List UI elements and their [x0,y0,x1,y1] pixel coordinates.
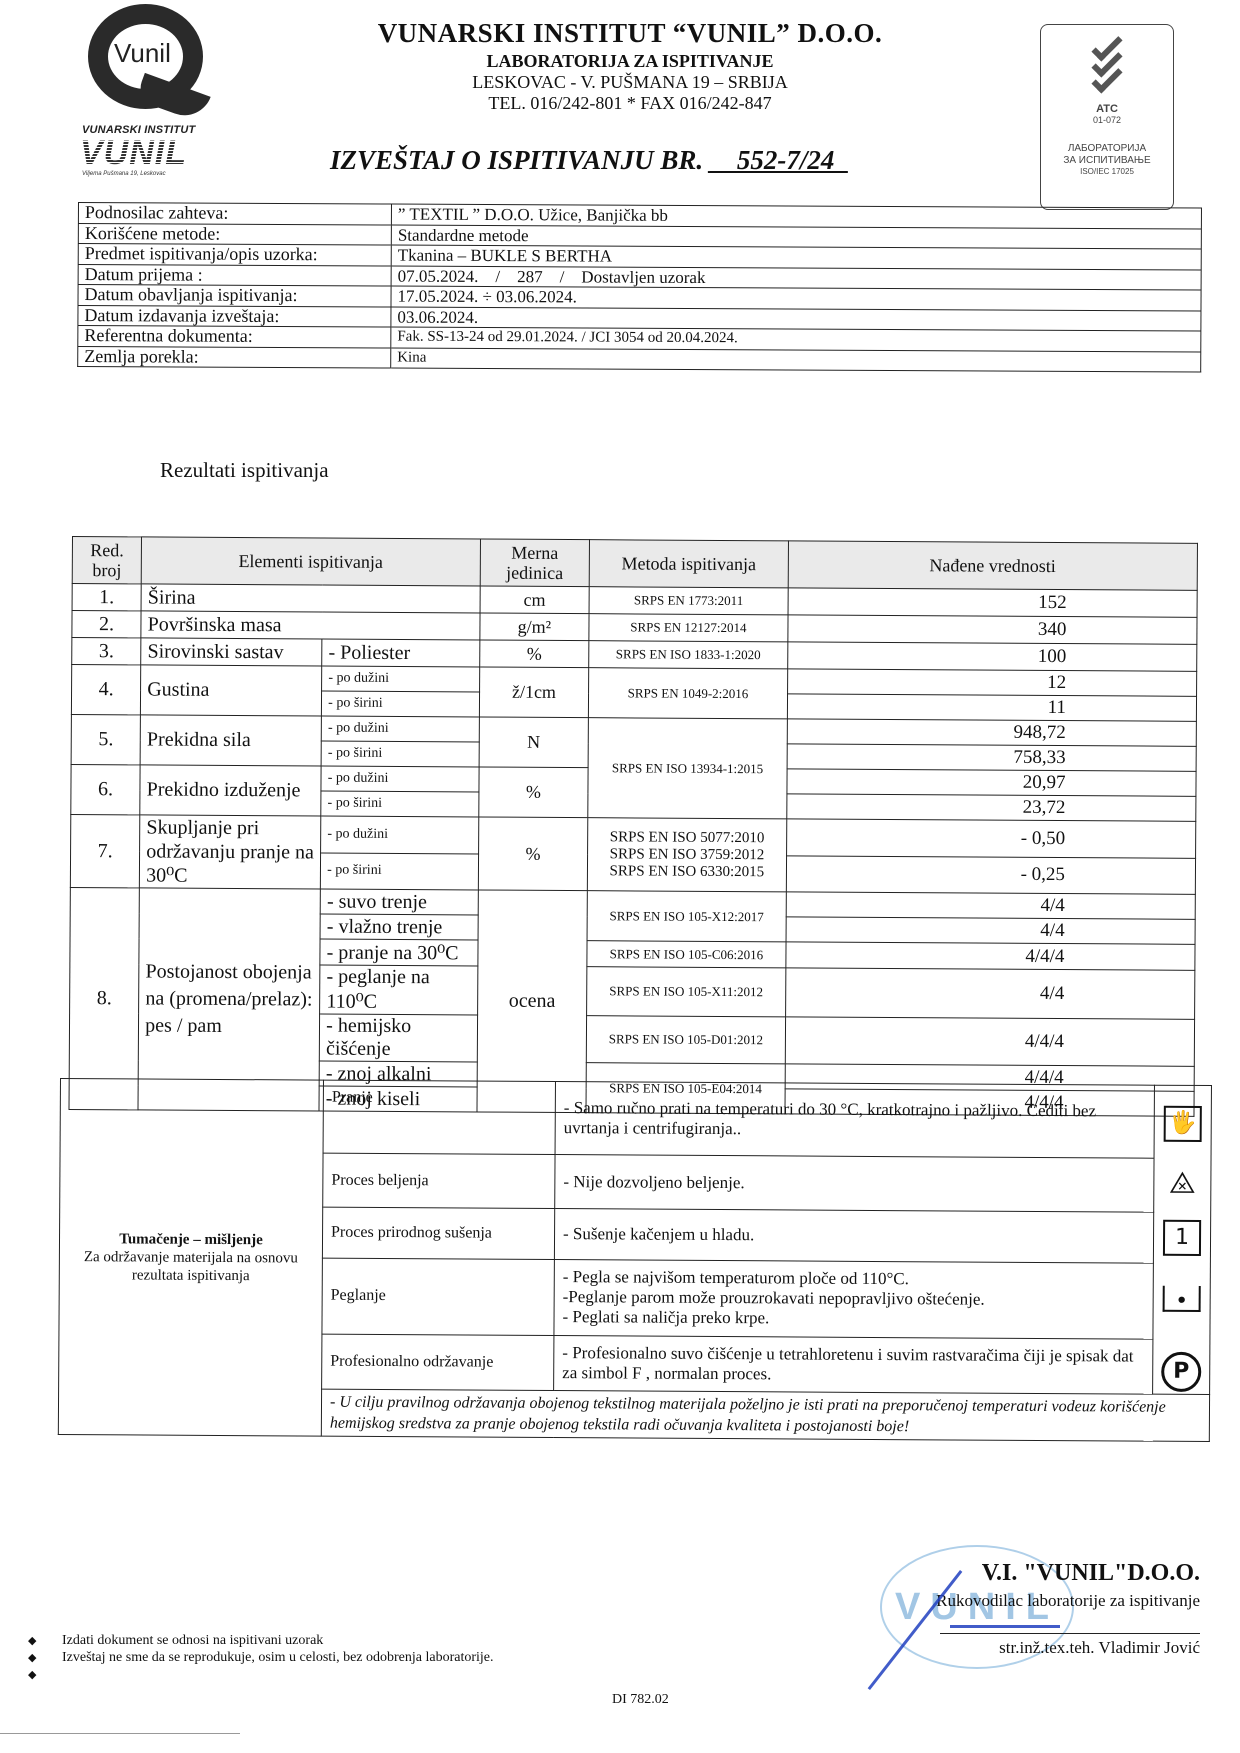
logo-brand: VUNIL [80,136,187,170]
care-text: - Nije dozvoljeno beljenje. [555,1155,1154,1212]
info-value: Kina [391,348,1201,372]
row-unit: N [479,717,589,768]
row-element: Površinska masa [141,611,480,640]
no-bleach-icon: ⨻ [1163,1168,1201,1204]
info-label: Datum izdavanja izveštaja: [78,305,391,327]
row-value: - 0,25 [786,855,1196,894]
sub-label-width: - po širini [321,853,479,890]
care-category: Pranje [323,1080,555,1155]
care-category: Proces beljenja [323,1154,555,1209]
care-instructions-table: Tumačenje – mišljenje Za održavanje mate… [58,1078,1212,1442]
sub-label-length: - po dužini [321,766,478,792]
bottom-rule [0,1733,240,1734]
row-value: 20,97 [786,769,1196,797]
results-table: Red. broj Elementi ispitivanja Merna jed… [68,536,1197,1117]
vunil-logo: Vunil VUNARSKI INSTITUT VUNIL Viljema Pu… [78,4,228,174]
bullet-icon: ◆ [28,1632,62,1649]
sub-label-width: - po širini [321,791,478,817]
row-number: 3. [72,638,141,665]
atc-standard: ISO/IEC 17025 [1041,167,1173,176]
sub-label-length: - po dužini [322,666,479,692]
row-method: SRPS EN ISO 1833-1:2020 [589,641,787,669]
interpretation-title: Tumačenje – mišljenje [68,1230,314,1250]
care-text: - Pegla se najvišom temperaturom ploče o… [554,1260,1153,1339]
institute-address: LESKOVAC - V. PUŠMANA 19 – SRBIJA [330,72,930,93]
signatory-name: str.inž.tex.teh. Vladimir Jović [900,1638,1200,1658]
row-sub-element: - Poliester [322,639,479,667]
results-header-row: Red. broj Elementi ispitivanja Merna jed… [72,537,1197,591]
row-number: 2. [72,611,141,638]
row-number: 7. [70,814,140,887]
fastness-item-label: - hemijsko čišćenje [320,1014,478,1062]
header-unit: Merna jedinica [480,539,590,587]
row-method: SRPS EN ISO 105-C06:2016 [587,941,785,968]
row-number: 8. [69,887,140,1109]
fastness-item-label: - pranje na 30⁰C [320,939,477,966]
institute-header: VUNARSKI INSTITUT “VUNIL” D.O.O. LABORAT… [330,18,930,114]
row-unit: % [478,767,588,818]
row-method: SRPS EN 12127:2014 [589,614,787,642]
care-category: Peglanje [322,1258,554,1335]
institute-phone: TEL. 016/242-801 * FAX 016/242-847 [330,93,930,114]
table-row: 7. Skupljanje pri održavanju pranje na 3… [71,814,1196,857]
row-element: Postojanost obojenja na (promena/prelaz)… [138,888,320,1111]
bullet-icon: ◆ [28,1649,62,1666]
row-element: Skupljanje pri održavanju pranje na 30⁰C [140,815,321,889]
row-method: SRPS EN ISO 105-D01:2012 [587,1016,785,1064]
lab-name: LABORATORIJA ZA ISPITIVANJE [330,51,930,72]
logo-address: Viljema Pušmana 19, Leskovac [82,171,166,177]
care-category: Proces prirodnog sušenja [322,1207,554,1260]
info-label: Referentna dokumenta: [78,326,391,348]
row-element-label: Sirovinski sastav [147,640,283,663]
row-value: 4/4/4 [785,1017,1195,1067]
row-value: 340 [787,615,1197,645]
sub-label-length: - po dužini [321,816,479,853]
hand-wash-icon: 🖐 [1164,1106,1202,1142]
signature-line [940,1633,1200,1634]
request-info-table: Podnosilac zahteva:” TEXTIL ” D.O.O. Uži… [77,202,1202,372]
row-unit: % [478,817,588,891]
row-method: SRPS EN 1773:2011 [589,587,787,615]
care-row: Tumačenje – mišljenje Za održavanje mate… [60,1079,1211,1159]
row-value: 948,72 [787,719,1197,747]
accreditation-badge: ATC 01-072 ЛАБОРАТОРИЈА ЗА ИСПИТИВАЊЕ IS… [1040,24,1174,210]
row-number: 6. [71,764,140,814]
info-label: Podnosilac zahteva: [78,203,391,225]
fastness-item-label: - suvo trenje [320,889,477,915]
info-label: Zemlja porekla: [78,346,391,368]
bullet-icon: ◆ [28,1666,62,1683]
row-element: Širina [141,584,480,613]
row-value: 758,33 [787,744,1197,772]
row-value: 152 [788,588,1198,618]
row-value: 4/4 [786,917,1196,945]
atc-line2: ЗА ИСПИТИВАЊЕ [1041,155,1173,167]
row-method: SRPS EN ISO 13934-1:2015 [588,718,787,819]
interpretation-cell: Tumačenje – mišljenje Za održavanje mate… [58,1079,323,1437]
row-method: SRPS EN ISO 105-X12:2017 [587,891,786,942]
row-element: Prekidna sila [140,715,321,766]
row-unit: cm [480,586,590,614]
row-method: SRPS EN 1049-2:2016 [589,668,788,719]
report-title: IZVEŠTAJ O ISPITIVANJU BR. __552-7/24_ [330,145,848,176]
row-unit: g/m² [479,613,589,641]
care-category: Profesionalno održavanje [322,1334,554,1391]
row-element: Prekidno izduženje [140,765,321,816]
info-row: Zemlja porekla:Kina [78,346,1201,372]
header-value: Nađene vrednosti [788,541,1198,591]
line-dry-shade-icon: 1 [1163,1220,1201,1256]
row-number: 5. [71,714,140,764]
footer-note-text: Izdati dokument se odnosi na ispitivani … [62,1633,323,1648]
care-text: - Samo ručno prati na temperaturi do 30 … [555,1082,1154,1159]
atc-chevron-icon [1090,39,1124,99]
row-value: 11 [787,694,1197,722]
logo-text: Vunil [114,38,171,69]
fastness-item-label: - peglanje na 110⁰C [320,965,478,1015]
header-no: Red. broj [72,537,141,584]
info-label: Datum prijema : [78,264,391,286]
row-unit: ž/1cm [479,667,589,718]
report-title-prefix: IZVEŠTAJ O ISPITIVANJU BR. [330,145,703,175]
results-heading: Rezultati ispitivanja [160,458,329,483]
footer-note: ◆ [28,1666,494,1683]
signature-block: V.I. "VUNIL"D.O.O. Rukovodilac laborator… [900,1560,1200,1658]
row-value: 4/4 [785,968,1195,1020]
row-value: 100 [787,642,1197,672]
care-text: - Sušenje kačenjem u hladu. [554,1208,1153,1263]
info-label: Predmet ispitivanja/opis uzorka: [78,244,391,266]
care-symbols: 🖐 ⨻ 1 • P [1153,1085,1212,1394]
handwritten-signature-stroke [950,1625,1060,1628]
row-unit: ocena [477,890,588,1113]
atc-mark-text: ATC [1041,103,1173,115]
atc-code: 01-072 [1041,115,1173,125]
footer-notes: ◆Izdati dokument se odnosi na ispitivani… [28,1632,494,1683]
sub-label-length: - po dužini [321,716,478,742]
row-value: 23,72 [786,794,1196,822]
institute-name: VUNARSKI INSTITUT “VUNIL” D.O.O. [330,18,930,49]
row-value: 12 [787,669,1197,697]
signature-organization: V.I. "VUNIL"D.O.O. [900,1560,1200,1587]
row-number: 4. [71,665,140,715]
row-unit: % [479,640,589,668]
document-id: DI 782.02 [612,1692,669,1708]
row-method: SRPS EN ISO 5077:2010 SRPS EN ISO 3759:2… [588,818,787,892]
header-method: Metoda ispitivanja [590,540,788,588]
info-label: Korišćene metode: [78,223,391,245]
sub-label-width: - po širini [321,741,478,767]
fastness-item-label: - vlažno trenje [320,914,477,940]
row-element: Gustina [141,665,322,716]
atc-line1: ЛАБОРАТОРИЈА [1041,143,1173,155]
iron-low-icon: • [1163,1286,1201,1312]
footer-note-text: Izveštaj ne sme da se reprodukuje, osim … [62,1650,494,1665]
report-number: __552-7/24_ [710,145,848,175]
row-number: 1. [72,584,141,611]
care-note: - U cilju pravilnog održavanja obojenog … [321,1389,1209,1441]
dry-clean-p-icon: P [1161,1352,1201,1392]
atc-lab-text: ЛАБОРАТОРИЈА ЗА ИСПИТИВАЊЕ [1041,143,1173,167]
row-value: - 0,50 [786,819,1196,858]
header-element: Elementi ispitivanja [141,537,480,586]
footer-note: ◆Izveštaj ne sme da se reprodukuje, osim… [28,1649,494,1666]
row-value: 4/4 [786,892,1196,920]
care-text: - Profesionalno suvo čišćenje u tetrahlo… [554,1335,1153,1394]
row-value: 4/4/4 [785,942,1195,971]
info-label: Datum obavljanja ispitivanja: [78,285,391,307]
sub-label-width: - po širini [322,691,479,717]
interpretation-text: Za održavanje materijala na osnovu rezul… [68,1248,314,1286]
row-element: Sirovinski sastav [141,638,322,666]
footer-note: ◆Izdati dokument se odnosi na ispitivani… [28,1632,494,1649]
row-method: SRPS EN ISO 105-X11:2012 [587,967,785,1017]
